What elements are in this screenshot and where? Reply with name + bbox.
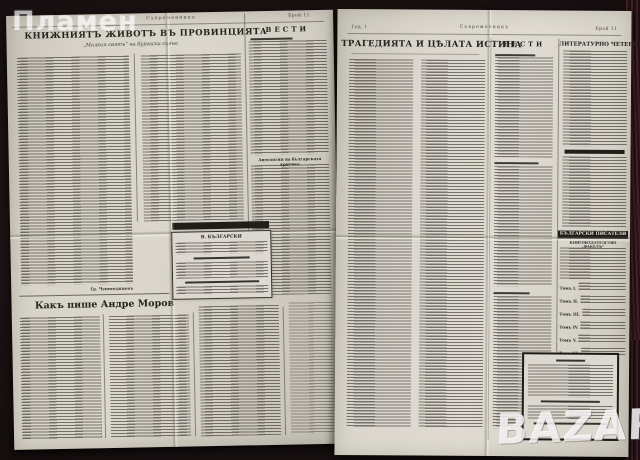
volume-label: Томъ III. <box>559 312 580 317</box>
body-text-block <box>563 51 628 147</box>
photo-of-newspapers: Съвременникъ Брой 11 КНИЖНИЯТЪ ЖИВОТЪ ВЪ… <box>0 0 640 460</box>
volume-authors-text <box>578 283 625 291</box>
header-rule <box>347 33 621 36</box>
masthead: Съвременникъ <box>126 15 216 22</box>
column-rule <box>193 312 196 436</box>
bazar-watermark: BAZAR <box>495 399 640 454</box>
body-text-block <box>20 316 102 440</box>
news-column-title: ВЕСТИ <box>493 40 555 48</box>
inverted-header-bar <box>565 150 625 154</box>
volume-list-item: Томъ IV. <box>559 322 625 330</box>
masthead: Съвременникъ <box>443 25 525 31</box>
notice-box-title: В. БЪЛГАРСКИ <box>175 234 267 241</box>
volume-list-item: Томъ V. <box>559 335 625 343</box>
volume-label: Томъ IV. <box>559 325 578 330</box>
volume-authors-text <box>580 296 625 304</box>
notice-bold-line <box>185 280 259 283</box>
bold-lead-in <box>495 54 535 56</box>
page-label: Год. I <box>351 25 367 30</box>
volume-label: Томъ V. <box>559 338 576 343</box>
newspaper-page-left: Съвременникъ Брой 11 КНИЖНИЯТЪ ЖИВОТЪ ВЪ… <box>6 10 341 450</box>
volumes-list: Томъ I. Томъ II. Томъ III. Томъ IV. Томъ… <box>559 283 626 361</box>
issue-number: Брой 11 <box>595 27 617 32</box>
article-title: Какъ пише Андре Моров <box>15 297 193 311</box>
column-rule <box>134 54 138 222</box>
volume-label: Томъ I. <box>560 286 577 291</box>
author-signature: Гр. Чешмеджиевъ <box>51 286 133 293</box>
advert-text-block <box>528 385 613 398</box>
body-text-block <box>560 248 626 280</box>
section-rule <box>19 293 169 297</box>
body-text-block <box>199 305 281 437</box>
news-column-title: ВЕСТИ <box>246 24 328 35</box>
seller-watermark: Пламен <box>12 6 138 37</box>
issue-number: Брой 11 <box>288 13 310 18</box>
volume-list-item: Томъ II. <box>560 296 626 304</box>
bold-lead-in <box>494 162 538 164</box>
body-text-block <box>249 40 329 155</box>
volume-list-item: Томъ I. <box>560 283 626 291</box>
literary-column-title: ЛИТЕРАТУРНО ЧЕТЕНЕ <box>559 42 631 49</box>
body-text-block <box>494 166 553 286</box>
body-text-block <box>495 57 554 157</box>
headline-rule <box>351 53 479 55</box>
body-text-block <box>141 54 244 222</box>
column-rule <box>103 314 106 438</box>
notice-text-block <box>176 285 268 295</box>
notice-box: В. БЪЛГАРСКИ <box>171 230 272 300</box>
body-text-block <box>17 56 133 286</box>
advert-bold-line <box>556 360 586 362</box>
notice-text-block <box>176 261 268 279</box>
volume-authors-text <box>581 322 626 330</box>
article-subtitle: „Малкия святъ“ на бургаска сцена <box>25 40 237 50</box>
body-text-block <box>109 315 191 439</box>
body-text-block <box>289 302 336 435</box>
volume-authors-text <box>582 309 625 317</box>
column-rule <box>283 307 286 435</box>
volume-label: Томъ II. <box>560 299 579 304</box>
notice-bold-line <box>194 256 249 259</box>
notice-text-block <box>175 241 267 255</box>
body-text-block <box>347 59 414 427</box>
body-text-block <box>419 60 486 428</box>
volume-authors-text <box>579 335 626 343</box>
body-text-block <box>562 157 626 227</box>
volume-list-item: Томъ III. <box>559 309 625 317</box>
advert-text-block <box>528 364 613 385</box>
article-title: ТРАГЕДИЯТА И ЦѢЛАТА ИСТИНА <box>341 39 487 50</box>
newspaper-page-right: Год. I Съвременникъ Брой 11 ТРАГЕДИЯТА И… <box>334 9 631 457</box>
bold-lead-in <box>494 292 530 294</box>
